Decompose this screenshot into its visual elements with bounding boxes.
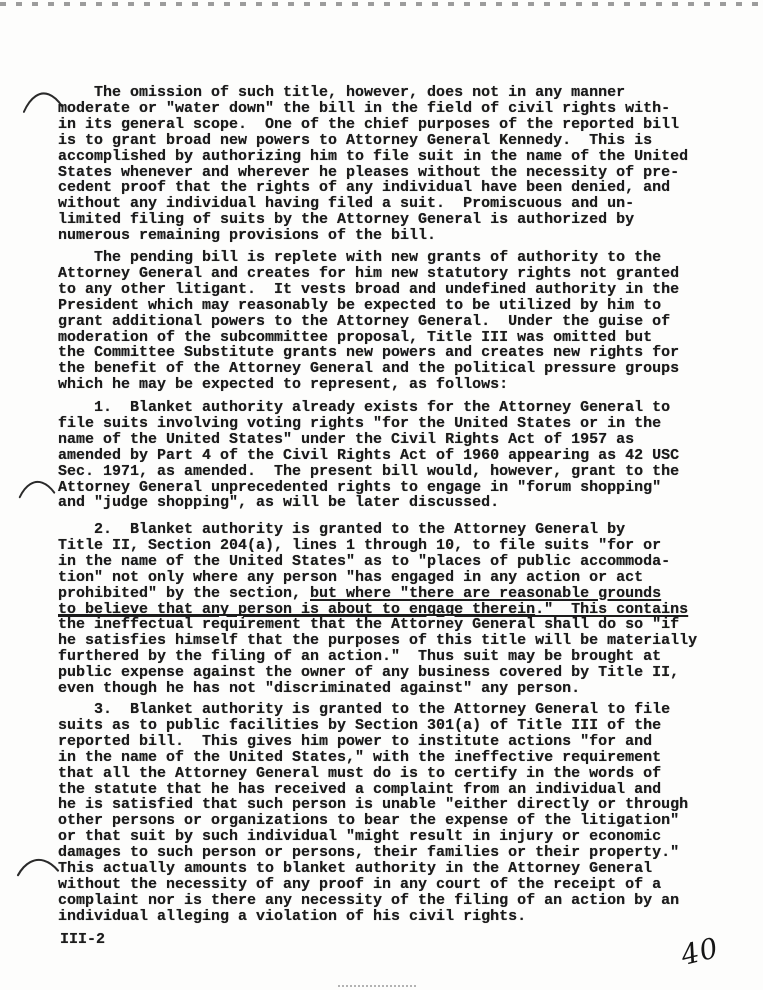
text-line: other persons or organizations to bear t… xyxy=(58,813,748,829)
text-line: 3. Blanket authority is granted to the A… xyxy=(58,702,748,718)
text-line: Attorney General and creates for him new… xyxy=(58,266,748,282)
numbered-item-2: 2. Blanket authority is granted to the A… xyxy=(58,522,748,697)
text-line: which he may be expected to represent, a… xyxy=(58,377,748,393)
text-line: or that suit by such individual "might r… xyxy=(58,829,748,845)
handwritten-margin-mark xyxy=(18,479,56,499)
text-line: reported bill. This gives him power to i… xyxy=(58,734,748,750)
text-line: numerous remaining provisions of the bil… xyxy=(58,228,748,244)
text-line: This actually amounts to blanket authori… xyxy=(58,861,748,877)
text-line: 1. Blanket authority already exists for … xyxy=(58,400,748,416)
text-line: moderation of the subcommittee proposal,… xyxy=(58,330,748,346)
perforation-dotted-line xyxy=(0,2,763,6)
text-line: the ineffectual requirement that the Att… xyxy=(58,617,748,633)
paragraph-intro: The omission of such title, however, doe… xyxy=(58,85,748,244)
text-line: complaint nor is there any necessity of … xyxy=(58,893,748,909)
text-line: furthered by the filing of an action." T… xyxy=(58,649,748,665)
numbered-item-1: 1. Blanket authority already exists for … xyxy=(58,400,748,511)
text-line: States whenever and wherever he pleases … xyxy=(58,165,748,181)
text-line: limited filing of suits by the Attorney … xyxy=(58,212,748,228)
text-line: and "judge shopping", as will be later d… xyxy=(58,495,748,511)
text-line: that all the Attorney General must do is… xyxy=(58,766,748,782)
text-line: without any individual having filed a su… xyxy=(58,196,748,212)
text-line: 2. Blanket authority is granted to the A… xyxy=(58,522,748,538)
text-line: the statute that he has received a compl… xyxy=(58,782,748,798)
text-line: public expense against the owner of any … xyxy=(58,665,748,681)
text-line: in the name of the United States" as to … xyxy=(58,554,748,570)
text-line: file suits involving voting rights "for … xyxy=(58,416,748,432)
text-line: the benefit of the Attorney General and … xyxy=(58,361,748,377)
text-line: to any other litigant. It vests broad an… xyxy=(58,282,748,298)
text-line: the Committee Substitute grants new powe… xyxy=(58,345,748,361)
text-line: individual alleging a violation of his c… xyxy=(58,909,748,925)
text-line: Sec. 1971, as amended. The present bill … xyxy=(58,464,748,480)
text-line: he satisfies himself that the purposes o… xyxy=(58,633,748,649)
numbered-item-3: 3. Blanket authority is granted to the A… xyxy=(58,702,748,925)
text-line: Attorney General unprecedented rights to… xyxy=(58,480,748,496)
text-line: grant additional powers to the Attorney … xyxy=(58,314,748,330)
text-line: accomplished by authorizing him to file … xyxy=(58,149,748,165)
text-line: prohibited" by the section, but where "t… xyxy=(58,586,748,602)
text-line: The omission of such title, however, doe… xyxy=(58,85,748,101)
perforation-bottom-fragment xyxy=(338,985,416,987)
text-line: in its general scope. One of the chief p… xyxy=(58,117,748,133)
text-line: in the name of the United States," with … xyxy=(58,750,748,766)
text-line: Title II, Section 204(a), lines 1 throug… xyxy=(58,538,748,554)
text-line: even though he has not "discriminated ag… xyxy=(58,681,748,697)
text-line: is to grant broad new powers to Attorney… xyxy=(58,133,748,149)
text-line: cedent proof that the rights of any indi… xyxy=(58,180,748,196)
document-page: The omission of such title, however, doe… xyxy=(0,0,763,990)
text-line: without the necessity of any proof in an… xyxy=(58,877,748,893)
handwritten-margin-mark xyxy=(16,857,60,877)
text-line: damages to such person or persons, their… xyxy=(58,845,748,861)
text-line: moderate or "water down" the bill in the… xyxy=(58,101,748,117)
text-line: suits as to public facilities by Section… xyxy=(58,718,748,734)
paragraph-pending-bill: The pending bill is replete with new gra… xyxy=(58,250,748,393)
text-line: tion" not only where any person "has eng… xyxy=(58,570,748,586)
text-line: The pending bill is replete with new gra… xyxy=(58,250,748,266)
text-line: amended by Part 4 of the Civil Rights Ac… xyxy=(58,448,748,464)
text-line: President which may reasonably be expect… xyxy=(58,298,748,314)
page-section-label: III-2 xyxy=(60,931,105,948)
handwritten-page-number: 40 xyxy=(678,931,723,972)
text-line: name of the United States" under the Civ… xyxy=(58,432,748,448)
text-line: he is satisfied that such person is unab… xyxy=(58,797,748,813)
